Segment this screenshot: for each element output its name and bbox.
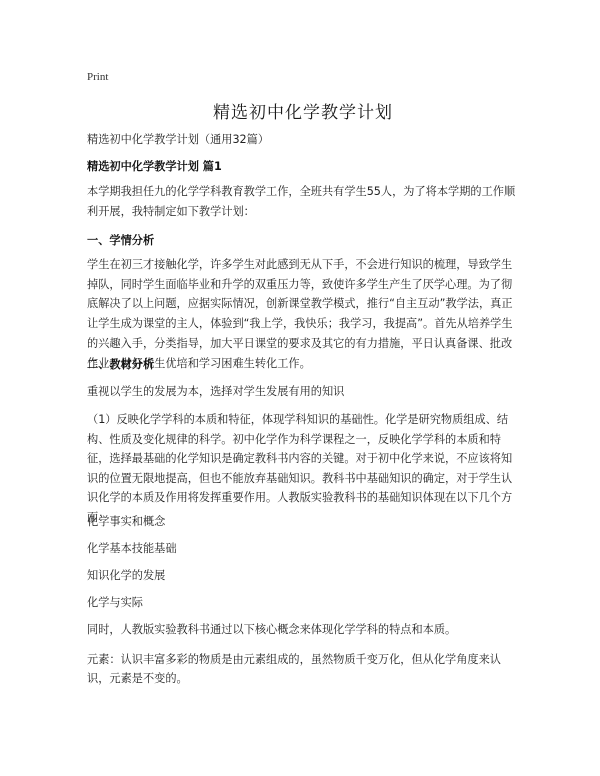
- list-item: 化学基本技能基础: [87, 541, 519, 556]
- intro-paragraph: 本学期我担任九的化学学科教育教学工作，全班共有学生55人，为了将本学期的工作顺利…: [87, 182, 519, 222]
- textbook-principle-paragraph: 重视以学生的发展为本，选择对学生发展有用的知识: [87, 384, 519, 399]
- print-label[interactable]: Print: [87, 71, 108, 83]
- element-concept-paragraph: 元素：认识丰富多彩的物质是由元素组成的，虽然物质千变万化，但从化学角度来认识，元…: [87, 650, 519, 688]
- list-item: 知识化学的发展: [87, 568, 519, 583]
- section-heading: 精选初中化学教学计划 篇1: [87, 159, 519, 174]
- core-concepts-paragraph: 同时，人教版实验教科书通过以下核心概念来体现化学学科的特点和本质。: [87, 622, 519, 637]
- heading-textbook-analysis: 二、教材分析: [87, 357, 519, 372]
- list-item: 化学与实际: [87, 595, 519, 610]
- document-title: 精选初中化学教学计划: [87, 98, 519, 123]
- student-analysis-paragraph: 学生在初三才接触化学，许多学生对此感到无从下手，不会进行知识的梳理，导致学生掉队…: [87, 255, 519, 373]
- document-subtitle: 精选初中化学教学计划（通用32篇）: [87, 132, 519, 147]
- heading-student-analysis: 一、学情分析: [87, 233, 519, 248]
- textbook-basics-paragraph: （1）反映化学学科的本质和特征，体现学科知识的基础性。化学是研究物质组成、结构、…: [87, 410, 519, 528]
- list-item: 化学事实和概念: [87, 514, 519, 529]
